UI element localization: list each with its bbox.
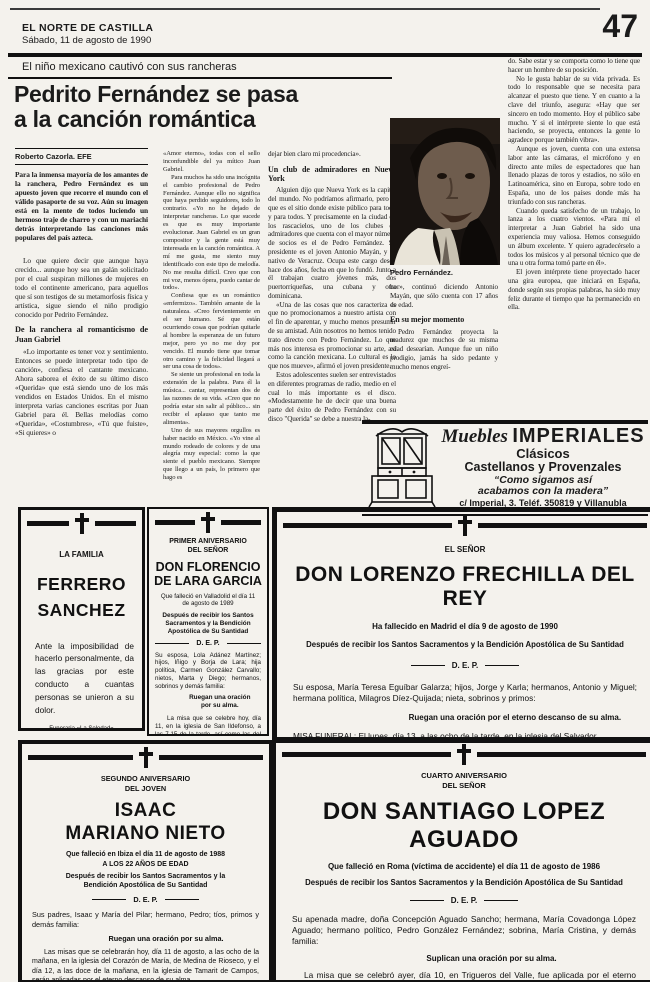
mass-info: La misa que se celebró ayer, día 10, en … [292, 970, 636, 982]
prayer-plea: Ruegan una oración por su alma. [184, 694, 255, 710]
obituary-cross-row [283, 515, 647, 536]
page-number: 47 [602, 8, 638, 45]
obituary-cross-row [27, 513, 136, 534]
mass-info: Las misas que se celebrarán hoy, día 11 … [32, 948, 259, 982]
deceased-name: FERREROSANCHEZ [21, 571, 142, 624]
article-paragraph: bor», continuó diciendo Antonio Mayán, q… [390, 283, 498, 309]
article-paragraph: «Una de las cosas que nos caracteriza es… [268, 301, 396, 371]
sacraments-line: Después de recibir los Santos Sacramento… [277, 640, 650, 649]
newspaper-page: EL NORTE DE CASTILLA Sábado, 11 de agost… [0, 0, 650, 982]
article-paragraph: Cuando queda satisfecho de un trabajo, l… [508, 207, 640, 269]
article-paragraph: Para muchos ha sido una incógnita el cam… [163, 174, 260, 293]
dep-line: D. E. P. [276, 896, 650, 905]
headline-line-1: Pedrito Fernández se pasa [14, 81, 298, 107]
page-date: Sábado, 11 de agosto de 1990 [22, 35, 151, 46]
ad-slogan-line-2: acabamos con la madera” [478, 485, 608, 497]
article-subhead: De la ranchera al romanticismo de Juan G… [15, 325, 148, 344]
cross-icon [201, 512, 215, 533]
funeral-home: Funeraria «La Soledad» [21, 726, 142, 731]
deceased-name: DON FLORENCIODE LARA GARCIA [149, 560, 267, 589]
dep-line: D. E. P. [22, 895, 269, 904]
top-rule [10, 8, 600, 10]
family-line: Su esposa, María Teresa Eguíbar Galarza;… [293, 682, 637, 704]
cross-icon [458, 515, 472, 536]
obituary-santiago-lopez-aguado: CUARTO ANIVERSARIODEL SEÑOR DON SANTIAGO… [272, 737, 650, 982]
obituary-cross-row [282, 744, 646, 765]
cross-icon [457, 744, 471, 765]
deceased-name: DON SANTIAGO LOPEZ AGUADO [276, 798, 650, 854]
article-paragraph: Uno de sus mayores orgullos es haber nac… [163, 427, 260, 482]
obituary-header: PRIMER ANIVERSARIODEL SEÑOR [149, 537, 267, 556]
obituary-cross-row [155, 512, 261, 533]
cross-icon [139, 747, 153, 768]
obituary-body: Ante la imposibilidad de hacerlo persona… [35, 640, 134, 717]
deceased-name: ISAACMARIANO NIETO [22, 799, 269, 847]
obituary-header: CUARTO ANIVERSARIODEL SEÑOR [276, 771, 650, 791]
mass-info: La misa que se celebre hoy, día 11, en l… [155, 715, 261, 736]
obituary-header: SEGUNDO ANIVERSARIODEL JOVEN [22, 774, 269, 794]
furniture-ad: Muebles IMPERIALES Clásicos Castellanos … [362, 420, 648, 516]
prayer-plea: Ruegan una oración por su alma. [108, 934, 259, 943]
article-paragraph: dejar bien claro mi procedencia». [268, 150, 396, 159]
article-paragraph: Estos adolescentes suelen ser entrevista… [268, 371, 396, 424]
prayer-plea: Ruegan una oración por el eterno descans… [409, 713, 623, 722]
death-notice: Que falleció en Ibiza el día 11 de agost… [22, 851, 269, 858]
article-column-5: do. Sabe estar y se comporta como lo tie… [508, 57, 640, 369]
ad-title: Muebles IMPERIALES [438, 426, 648, 447]
ad-line-clasicos: Clásicos [438, 447, 648, 461]
article-column-1: Para la inmensa mayoría de los amantes d… [15, 170, 148, 508]
dep-line: D. E. P. [149, 640, 267, 647]
article-paragraph: do. Sabe estar y se comporta como lo tie… [508, 57, 640, 75]
article-paragraph: El joven intérprete tiene proyectado hac… [508, 268, 640, 312]
portrait-photo [390, 118, 500, 265]
sacraments-line: Después de recibir los Santos Sacramento… [52, 872, 239, 890]
ad-line-styles: Castellanos y Provenzales [438, 461, 648, 474]
headline: Pedrito Fernández se pasaa la canción ro… [14, 82, 364, 133]
family-line: Su apenada madre, doña Concepción Aguado… [292, 914, 636, 946]
prayer-plea: Suplican una oración por su alma. [426, 954, 622, 963]
article-paragraph: Lo que quiere decir que aunque haya crec… [15, 256, 148, 319]
dep-line: D. E. P. [277, 661, 650, 670]
headline-line-2: a la canción romántica [14, 106, 255, 132]
article-column-2: «Amor eterno», todas con el sello inconf… [163, 150, 260, 508]
ad-brand-word: Muebles [441, 426, 508, 447]
death-notice: Ha fallecido en Madrid el día 9 de agost… [277, 622, 650, 631]
article-paragraph: Aunque es joven, cuenta con una extensa … [508, 145, 640, 207]
photo-caption: Pedro Fernández. [390, 268, 500, 277]
death-notice: Que falleció en Roma (víctima de acciden… [276, 862, 650, 871]
family-line: Su esposa, Lola Adánez Martínez; hijos, … [155, 652, 261, 691]
obituary-lorenzo-frechilla: EL SEÑOR DON LORENZO FRECHILLA DEL REY H… [272, 507, 650, 743]
article-subhead: Un club de admiradores en Nueva York [268, 165, 396, 184]
article-paragraph: «Amor eterno», todas con el sello inconf… [163, 150, 260, 174]
death-notice: Que falleció en Valladolid el día 11 de … [157, 593, 259, 608]
article-paragraph: Pedro Fernández proyecta la madurez que … [390, 328, 498, 372]
ad-brand-name: IMPERIALES [512, 425, 644, 447]
article-paragraph: No le gusta hablar de su vida privada. E… [508, 75, 640, 145]
ad-slogan: “Como sigamos asíacabamos con la madera” [438, 475, 648, 497]
obituary-header: LA FAMILIA [21, 550, 142, 559]
masthead: EL NORTE DE CASTILLA [22, 22, 153, 34]
kicker-rule [8, 77, 392, 79]
sacraments-line: Después de recibir los Santos Sacramento… [276, 878, 650, 887]
article-subhead: En su mejor momento [390, 315, 498, 324]
obituary-header: EL SEÑOR [277, 545, 650, 554]
deceased-name: DON LORENZO FRECHILLA DEL REY [277, 563, 650, 611]
age-line: A LOS 22 AÑOS DE EDAD [22, 861, 269, 868]
byline: Roberto Cazorla. EFE [15, 148, 148, 165]
portrait-photo-art [390, 118, 500, 265]
kicker: El niño mexicano cautivó con sus rancher… [22, 61, 237, 73]
article-paragraph: Se siente un profesional en toda la exte… [163, 371, 260, 426]
obituary-florencio-de-lara: PRIMER ANIVERSARIODEL SEÑOR DON FLORENCI… [147, 507, 269, 736]
obituary-ferrero-sanchez: LA FAMILIA FERREROSANCHEZ Ante la imposi… [18, 507, 145, 731]
ad-text: Muebles IMPERIALES Clásicos Castellanos … [438, 426, 648, 509]
cross-icon [75, 513, 89, 534]
article-paragraph: Alguien dijo que Nueva York es la capita… [268, 186, 396, 300]
obituary-cross-row [28, 747, 263, 768]
family-line: Sus padres, Isaac y María del Pilar; her… [32, 910, 259, 929]
obituary-isaac-mariano-nieto: SEGUNDO ANIVERSARIODEL JOVEN ISAACMARIAN… [18, 740, 273, 982]
article-paragraph: Confiesa que es un romántico «enfermizo»… [163, 292, 260, 371]
sacraments-line: Después de recibir los Santos Sacramento… [156, 612, 260, 636]
article-paragraph: Para la inmensa mayoría de los amantes d… [15, 170, 148, 242]
article-paragraph: «Lo importante es tener voz y sentimient… [15, 347, 148, 437]
furniture-cabinet-icon [366, 426, 438, 508]
